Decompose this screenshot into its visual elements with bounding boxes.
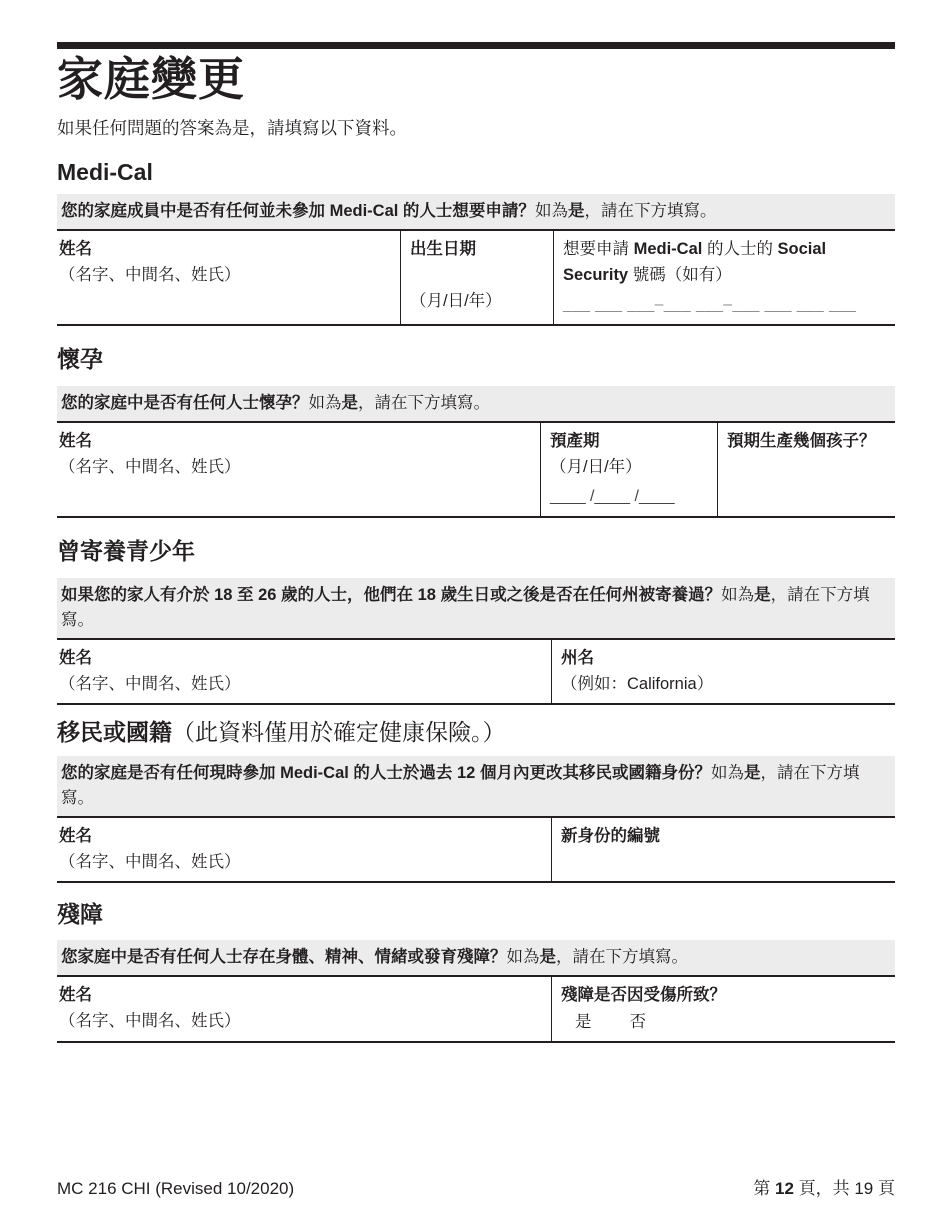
pregnancy-table: 姓名（名字、中間名、姓氏） 預產期 （月/日/年） ____ /____ /__… <box>57 421 895 518</box>
form-number: MC 216 CHI (Revised 10/2020) <box>57 1178 294 1200</box>
pregnancy-question-bar: 您的家庭中是否有任何人士懷孕？如為是，請在下方填寫。 <box>57 386 895 421</box>
column-header-name: 姓名（名字、中間名、姓氏） <box>57 640 551 703</box>
immigration-question-bar: 您的家庭是否有任何現時參加 Medi-Cal 的人士於過去 12 個月內更改其移… <box>57 756 895 816</box>
section-heading-pregnancy: 懷孕 <box>57 346 895 374</box>
page-indicator: 第 12 頁，共 19 頁 <box>753 1178 895 1200</box>
header-rule <box>57 42 895 49</box>
column-header-expected-babies: 預期生產幾個孩子？ <box>717 423 895 516</box>
due-date-blank-line: ____ /____ /____ <box>550 480 709 510</box>
due-date-label: 預產期 （月/日/年） <box>550 428 709 480</box>
column-header-due-date: 預產期 （月/日/年） ____ /____ /____ <box>540 423 717 516</box>
page-title: 家庭變更 <box>57 54 895 105</box>
immigration-table: 姓名（名字、中間名、姓氏） 新身份的編號 <box>57 816 895 883</box>
column-header-injury: 殘障是否因受傷所致？ 是否 <box>551 977 895 1041</box>
section-heading-medical: Medi-Cal <box>57 159 895 187</box>
section-heading-foster: 曾寄養青少年 <box>57 538 895 566</box>
column-header-state: 州名（例如：California） <box>551 640 895 703</box>
section-heading-immigration: 移民或國籍（此資料僅用於確定健康保險。） <box>57 719 895 747</box>
column-header-new-status-number: 新身份的編號 <box>551 818 895 881</box>
medical-table: 姓名（名字、中間名、姓氏） 出生日期 （月/日/年） 想要申請 Medi-Cal… <box>57 229 895 326</box>
document-page: 家庭變更 如果任何問題的答案為是，請填寫以下資料。 Medi-Cal 您的家庭成… <box>0 0 950 1230</box>
disability-question-bar: 您家庭中是否有任何人士存在身體、精神、情緒或發育殘障？如為是，請在下方填寫。 <box>57 940 895 975</box>
disability-table: 姓名（名字、中間名、姓氏） 殘障是否因受傷所致？ 是否 <box>57 975 895 1043</box>
ssn-blank-line: ___ ___ ___–___ ___–___ ___ ___ ___ <box>563 288 887 318</box>
section-heading-disability: 殘障 <box>57 901 895 929</box>
ssn-label: 想要申請 Medi-Cal 的人士的 Social Security 號碼（如有… <box>563 236 887 288</box>
yes-no-options: 是否 <box>561 1009 887 1035</box>
injury-question-label: 殘障是否因受傷所致？ <box>561 982 887 1008</box>
foster-table: 姓名（名字、中間名、姓氏） 州名（例如：California） <box>57 638 895 705</box>
yes-option: 是 <box>575 1009 592 1035</box>
page-footer: MC 216 CHI (Revised 10/2020) 第 12 頁，共 19… <box>57 1178 895 1200</box>
no-option: 否 <box>630 1009 647 1035</box>
column-header-dob: 出生日期 （月/日/年） <box>400 231 553 324</box>
column-header-name: 姓名（名字、中間名、姓氏） <box>57 977 551 1041</box>
column-header-name: 姓名（名字、中間名、姓氏） <box>57 423 540 516</box>
column-header-ssn: 想要申請 Medi-Cal 的人士的 Social Security 號碼（如有… <box>553 231 895 324</box>
foster-question-bar: 如果您的家人有介於 18 至 26 歲的人士，他們在 18 歲生日或之後是否在任… <box>57 578 895 638</box>
column-header-name: 姓名（名字、中間名、姓氏） <box>57 818 551 881</box>
medical-question-bar: 您的家庭成員中是否有任何並未參加 Medi-Cal 的人士想要申請？如為是，請在… <box>57 194 895 229</box>
intro-text: 如果任何問題的答案為是，請填寫以下資料。 <box>57 115 895 141</box>
column-header-name: 姓名（名字、中間名、姓氏） <box>57 231 400 324</box>
